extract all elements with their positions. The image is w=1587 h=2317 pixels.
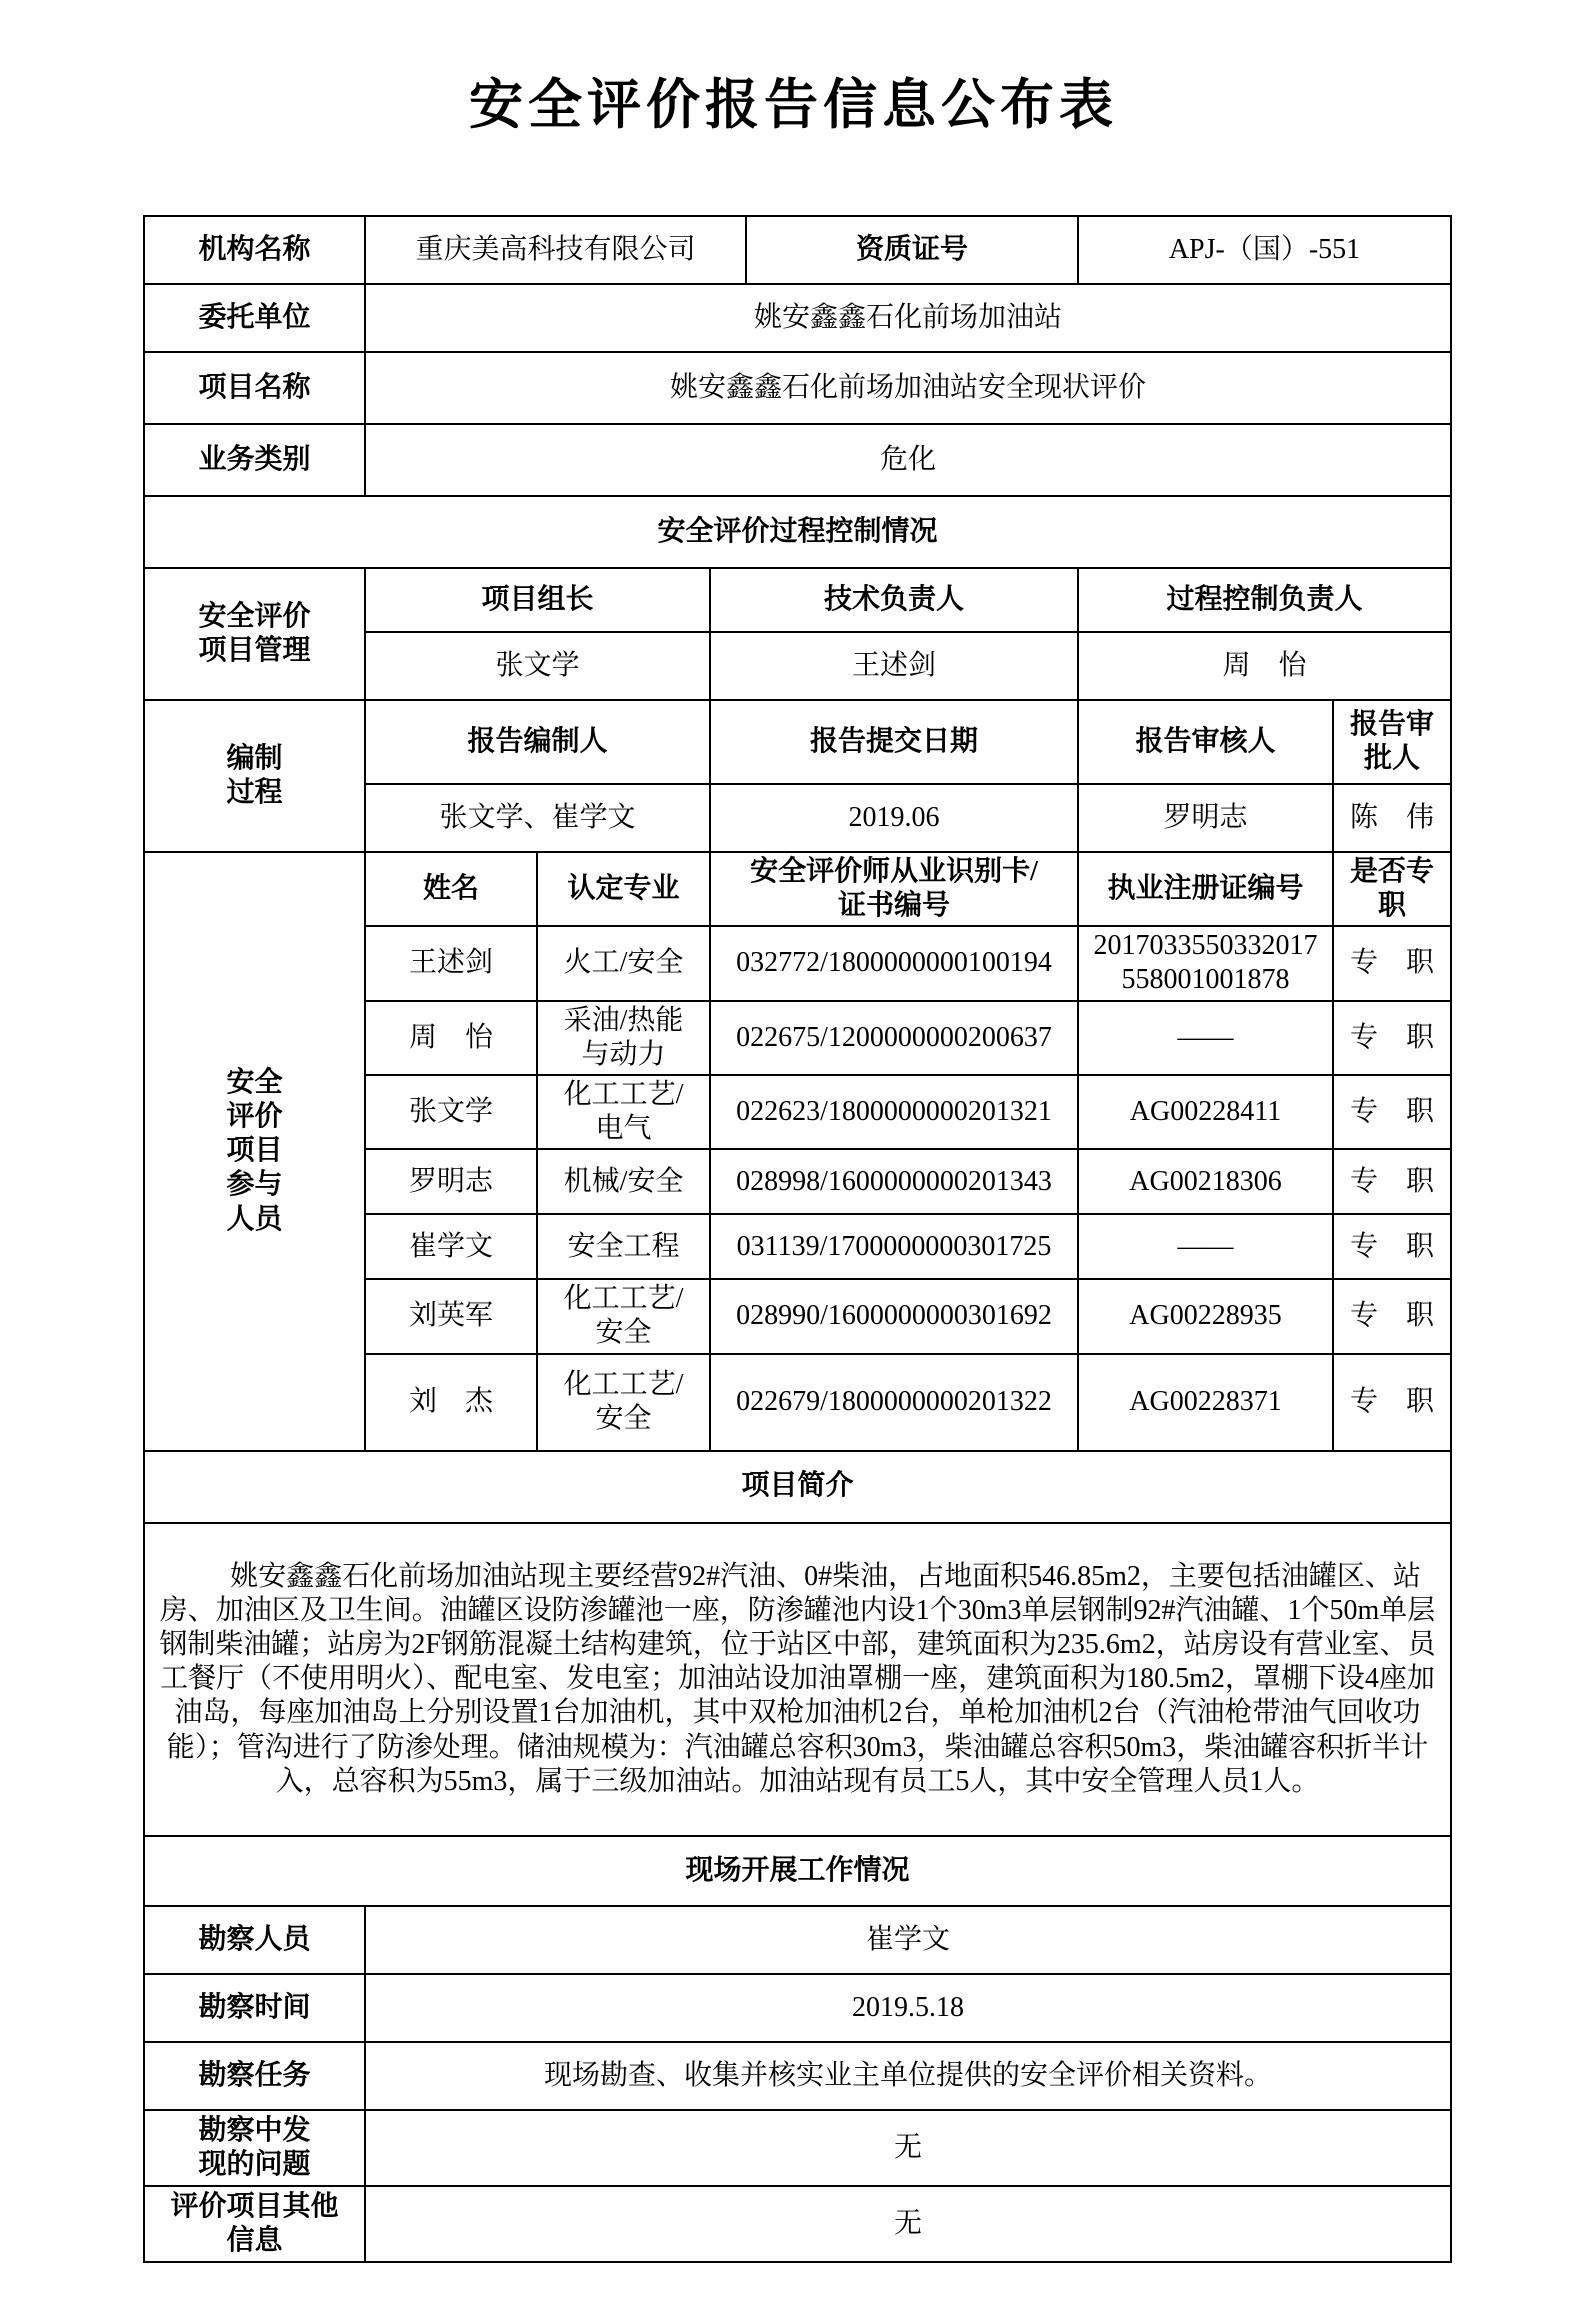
approver-value: 陈 伟 xyxy=(1333,784,1451,852)
participant-card-no: 022623/1800000000201321 xyxy=(710,1075,1078,1149)
fulltime-header: 是否专职 xyxy=(1333,852,1451,926)
participant-name: 王述剑 xyxy=(365,926,537,1000)
participant-name: 崔学文 xyxy=(365,1214,537,1279)
other-info-value: 无 xyxy=(365,2186,1451,2262)
participant-major: 火工/安全 xyxy=(537,926,710,1000)
participants-header-row: 安全 评价 项目 参与 人员 姓名 认定专业 安全评价师从业识别卡/ 证书编号 … xyxy=(144,852,1451,926)
summary-section-row: 项目简介 xyxy=(144,1451,1451,1523)
submit-date-value: 2019.06 xyxy=(710,784,1078,852)
tech-lead-header: 技术负责人 xyxy=(710,568,1078,632)
participant-major: 采油/热能 与动力 xyxy=(537,1001,710,1075)
participant-card-no: 031139/1700000000301725 xyxy=(710,1214,1078,1279)
participant-fulltime: 专 职 xyxy=(1333,1001,1451,1075)
participant-name: 刘英军 xyxy=(365,1279,537,1353)
survey-issues-row: 勘察中发 现的问题 无 xyxy=(144,2110,1451,2186)
participant-major: 化工工艺/ 电气 xyxy=(537,1075,710,1149)
business-row: 业务类别 危化 xyxy=(144,424,1451,496)
section-site-work-title: 现场开展工作情况 xyxy=(144,1836,1451,1906)
card-no-header: 安全评价师从业识别卡/ 证书编号 xyxy=(710,852,1078,926)
submit-date-header: 报告提交日期 xyxy=(710,700,1078,784)
summary-text: 姚安鑫鑫石化前场加油站现主要经营92#汽油、0#柴油，占地面积546.85m2，… xyxy=(144,1523,1451,1836)
client-row: 委托单位 姚安鑫鑫石化前场加油站 xyxy=(144,284,1451,352)
survey-time-row: 勘察时间 2019.5.18 xyxy=(144,1974,1451,2042)
participant-reg-no: —— xyxy=(1078,1001,1333,1075)
reg-no-header: 执业注册证编号 xyxy=(1078,852,1333,926)
reviewer-header: 报告审核人 xyxy=(1078,700,1333,784)
participant-card-no: 028998/1600000000201343 xyxy=(710,1149,1078,1214)
participant-reg-no: AG00218306 xyxy=(1078,1149,1333,1214)
participant-fulltime: 专 职 xyxy=(1333,1354,1451,1451)
participant-reg-no: AG00228935 xyxy=(1078,1279,1333,1353)
participant-fulltime: 专 职 xyxy=(1333,1279,1451,1353)
process-control-section-row: 安全评价过程控制情况 xyxy=(144,496,1451,568)
participant-card-no: 032772/1800000000100194 xyxy=(710,926,1078,1000)
compiler-value: 张文学、崔学文 xyxy=(365,784,710,852)
participant-card-no: 022675/1200000000200637 xyxy=(710,1001,1078,1075)
survey-issues-value: 无 xyxy=(365,2110,1451,2186)
participant-major: 安全工程 xyxy=(537,1214,710,1279)
cert-no-value: APJ-（国）-551 xyxy=(1078,216,1451,284)
client-value: 姚安鑫鑫石化前场加油站 xyxy=(365,284,1451,352)
compilation-header-row: 编制 过程 报告编制人 报告提交日期 报告审核人 报告审批人 xyxy=(144,700,1451,784)
process-control-value: 周 怡 xyxy=(1078,632,1451,700)
other-info-row: 评价项目其他 信息 无 xyxy=(144,2186,1451,2262)
participant-fulltime: 专 职 xyxy=(1333,926,1451,1000)
report-table: 机构名称 重庆美高科技有限公司 资质证号 APJ-（国）-551 委托单位 姚安… xyxy=(143,215,1452,1975)
participant-fulltime: 专 职 xyxy=(1333,1075,1451,1149)
participant-name: 罗明志 xyxy=(365,1149,537,1214)
leader-value: 张文学 xyxy=(365,632,710,700)
participant-reg-no: AG00228411 xyxy=(1078,1075,1333,1149)
site-work-table: 勘察时间 2019.5.18 勘察任务 现场勘查、收集并核实业主单位提供的安全评… xyxy=(143,1973,1452,2263)
org-name-value: 重庆美高科技有限公司 xyxy=(365,216,746,284)
process-control-header: 过程控制负责人 xyxy=(1078,568,1451,632)
major-header: 认定专业 xyxy=(537,852,710,926)
participant-fulltime: 专 职 xyxy=(1333,1214,1451,1279)
project-row: 项目名称 姚安鑫鑫石化前场加油站安全现状评价 xyxy=(144,352,1451,424)
participant-name: 刘 杰 xyxy=(365,1354,537,1451)
page-title: 安全评价报告信息公布表 xyxy=(0,62,1587,139)
project-name-label: 项目名称 xyxy=(144,352,365,424)
surveyor-value: 崔学文 xyxy=(365,1906,1451,1974)
other-info-label: 评价项目其他 信息 xyxy=(144,2186,365,2262)
participant-reg-no: 2017033550332017 558001001878 xyxy=(1078,926,1333,1000)
compilation-row-label: 编制 过程 xyxy=(144,700,365,852)
org-row: 机构名称 重庆美高科技有限公司 资质证号 APJ-（国）-551 xyxy=(144,216,1451,284)
leader-header: 项目组长 xyxy=(365,568,710,632)
participant-fulltime: 专 职 xyxy=(1333,1149,1451,1214)
document-page: 安全评价报告信息公布表 机构名称 重庆美高科技有限公司 资质证号 APJ-（国）… xyxy=(0,0,1587,2317)
section-summary-title: 项目简介 xyxy=(144,1451,1451,1523)
survey-task-label: 勘察任务 xyxy=(144,2042,365,2110)
management-row-label: 安全评价 项目管理 xyxy=(144,568,365,700)
surveyor-label: 勘察人员 xyxy=(144,1906,365,1974)
management-header-row: 安全评价 项目管理 项目组长 技术负责人 过程控制负责人 xyxy=(144,568,1451,632)
surveyor-row: 勘察人员 崔学文 xyxy=(144,1906,1451,1974)
survey-issues-label: 勘察中发 现的问题 xyxy=(144,2110,365,2186)
org-name-label: 机构名称 xyxy=(144,216,365,284)
project-name-value: 姚安鑫鑫石化前场加油站安全现状评价 xyxy=(365,352,1451,424)
survey-task-value: 现场勘查、收集并核实业主单位提供的安全评价相关资料。 xyxy=(365,2042,1451,2110)
client-label: 委托单位 xyxy=(144,284,365,352)
survey-time-label: 勘察时间 xyxy=(144,1974,365,2042)
summary-paragraph: 姚安鑫鑫石化前场加油站现主要经营92#汽油、0#柴油，占地面积546.85m2，… xyxy=(149,1560,1446,1799)
survey-task-row: 勘察任务 现场勘查、收集并核实业主单位提供的安全评价相关资料。 xyxy=(144,2042,1451,2110)
participant-name: 周 怡 xyxy=(365,1001,537,1075)
reviewer-value: 罗明志 xyxy=(1078,784,1333,852)
participant-major: 机械/安全 xyxy=(537,1149,710,1214)
participant-reg-no: AG00228371 xyxy=(1078,1354,1333,1451)
compiler-header: 报告编制人 xyxy=(365,700,710,784)
summary-text-row: 姚安鑫鑫石化前场加油站现主要经营92#汽油、0#柴油，占地面积546.85m2，… xyxy=(144,1523,1451,1836)
name-header: 姓名 xyxy=(365,852,537,926)
business-type-label: 业务类别 xyxy=(144,424,365,496)
site-work-section-row: 现场开展工作情况 xyxy=(144,1836,1451,1906)
survey-time-value: 2019.5.18 xyxy=(365,1974,1451,2042)
approver-header: 报告审批人 xyxy=(1333,700,1451,784)
participant-name: 张文学 xyxy=(365,1075,537,1149)
participant-card-no: 028990/1600000000301692 xyxy=(710,1279,1078,1353)
participant-card-no: 022679/1800000000201322 xyxy=(710,1354,1078,1451)
section-process-control: 安全评价过程控制情况 xyxy=(144,496,1451,568)
business-type-value: 危化 xyxy=(365,424,1451,496)
participant-major: 化工工艺/ 安全 xyxy=(537,1279,710,1353)
tech-lead-value: 王述剑 xyxy=(710,632,1078,700)
cert-no-label: 资质证号 xyxy=(746,216,1078,284)
participant-reg-no: —— xyxy=(1078,1214,1333,1279)
participants-row-label: 安全 评价 项目 参与 人员 xyxy=(144,852,365,1451)
participant-major: 化工工艺/ 安全 xyxy=(537,1354,710,1451)
